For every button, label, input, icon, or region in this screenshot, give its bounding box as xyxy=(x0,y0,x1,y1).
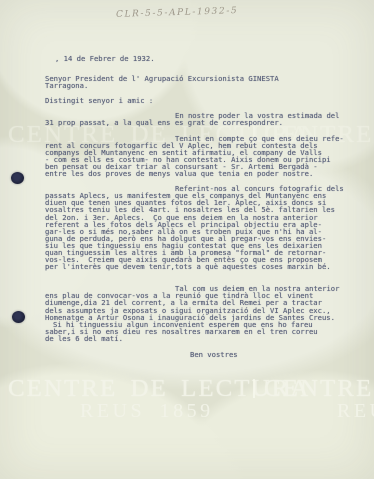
recipient-block: Senyor President de l' Agrupació Excursi… xyxy=(45,75,347,89)
watermark-text: CENTRE DE LECTURA xyxy=(8,376,310,403)
scanned-letter-page: CENTRE DE LECTURA CENTRE DE CENTRE DE LE… xyxy=(0,0,374,479)
letter-body: , 14 de Febrer de 1932. Senyor President… xyxy=(45,55,347,358)
watermark-text-partial: CENTRE DE xyxy=(264,376,374,403)
recipient-line: Tarragona. xyxy=(45,82,347,89)
recipient-line: Senyor President de l' Agrupació Excursi… xyxy=(45,75,347,82)
paragraph-4: Tal com us deiem en la nostra anterior e… xyxy=(45,285,347,320)
watermark-divider xyxy=(253,379,255,398)
watermark-subtitle: REUS 1859 xyxy=(80,400,214,423)
watermark-band-bottom: CENTRE DE LECTURA CENTRE DE REUS 1859 RE… xyxy=(0,376,374,426)
paragraph-2: Tenint en compte ço que ens deieu refe- … xyxy=(45,135,347,178)
typed-line: de les 6 del matí. xyxy=(45,335,347,342)
archive-reference-annotation: CLR-5-5-APL-1932-5 xyxy=(116,6,239,20)
paragraph-3: Referint-nos al concurs fotografic dels … xyxy=(45,185,347,270)
typed-line: 31 prop passat, a la qual ens es grat de… xyxy=(45,119,347,126)
date-line: , 14 de Febrer de 1932. xyxy=(55,55,347,62)
watermark-subtitle-partial: REUS xyxy=(337,400,374,423)
punch-hole xyxy=(12,311,25,323)
paragraph-1: En nostre poder la vostra estimada del 3… xyxy=(45,112,347,126)
typed-line: entre les dos proves de menys valua que … xyxy=(45,170,347,177)
paragraph-5: Si hi tinguessiu algun inconvenient espe… xyxy=(45,321,347,342)
salutation-line: Distingit senyor i amic : xyxy=(45,97,347,104)
closing-line: Ben vostres xyxy=(190,351,347,358)
typed-line: per l'interès que devem tenir,tots a què… xyxy=(45,263,347,270)
punch-hole xyxy=(11,172,24,184)
